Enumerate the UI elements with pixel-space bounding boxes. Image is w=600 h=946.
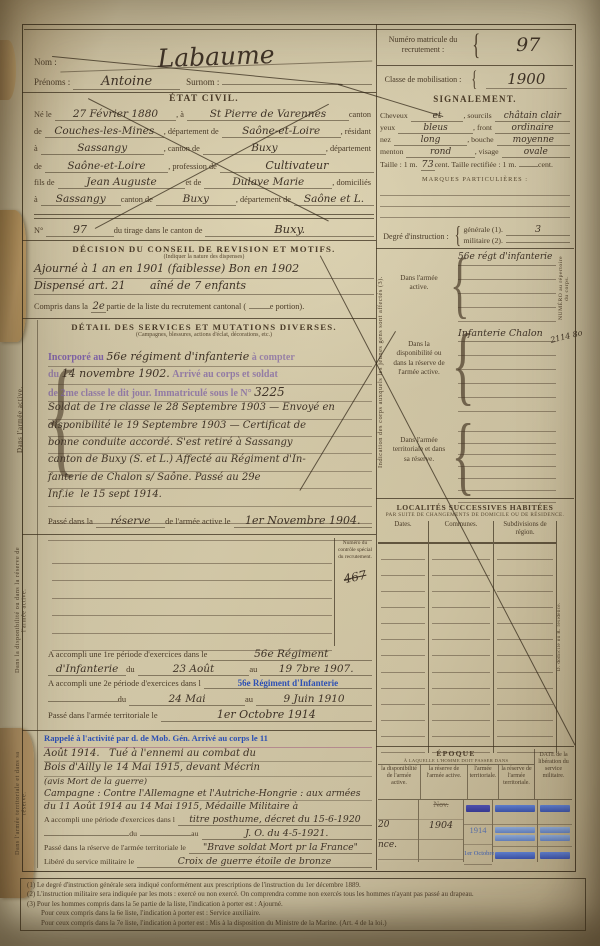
footnote-2: (2) L'instruction militaire sera indiqué… <box>27 890 579 899</box>
rule-line <box>458 384 556 398</box>
footnote-4: Pour ceux compris dans la 6e liste, l'in… <box>27 909 579 918</box>
left-col-rule-3 <box>22 534 376 535</box>
periode1-regiment: 56e Régiment <box>210 648 372 661</box>
number-label: N° <box>34 226 46 235</box>
rule-line <box>381 640 425 656</box>
born-label: Né le <box>34 110 55 119</box>
epoque-1er-octobre: 1er Octobre <box>464 845 492 865</box>
at-label: à <box>34 144 41 153</box>
epoque-overflow-20: 20 <box>378 820 418 840</box>
a-compter-stamp-text: à compter <box>252 352 295 363</box>
eyes-label: yeux <box>380 123 398 132</box>
corps-g3-lines <box>458 420 556 503</box>
rule-line <box>458 280 556 294</box>
passe-label: Passé dans la <box>48 516 96 526</box>
periode2-end: 9 Juin 1910 <box>256 693 372 706</box>
rule-line <box>432 673 490 689</box>
rule-line <box>432 689 490 705</box>
liste-partie-value: 2e <box>91 301 106 313</box>
localites-communes-lines <box>429 544 493 753</box>
controle-header: Numéro du contrôle spécial du recrutemen… <box>335 538 375 562</box>
rule-line <box>432 544 490 560</box>
epoque-col4-header: la réserve de l'armée territoriale. <box>499 765 534 799</box>
corps-g1-label: Dans l'armée active. <box>390 274 448 293</box>
rule-line <box>52 616 332 634</box>
departement-label: , département de <box>164 127 222 136</box>
rule-line <box>497 689 553 705</box>
portion-label: e portion). <box>270 302 308 311</box>
croix-de-guerre-line: Croix de guerre étoile de bronze <box>137 856 372 868</box>
rule-line <box>497 721 553 737</box>
blue-stamp <box>540 835 570 841</box>
rule-line <box>497 705 553 721</box>
territoriale-transfer-date: 1er Octobre 1914 <box>161 708 372 722</box>
footnotes-box: (1) Le degré d'instruction générale sera… <box>20 878 586 931</box>
son-of-label: fils de <box>34 178 58 187</box>
epoque-col2-header: la réserve de l'armée active. <box>421 765 468 799</box>
incorporation-date: 14 novembre 1902. <box>62 367 170 380</box>
mouth-value: moyenne <box>497 135 570 146</box>
rule-line <box>458 266 556 280</box>
rule-line <box>497 544 553 560</box>
periode2-label: A accompli une 2e période d'exercices da… <box>48 678 204 688</box>
nose-value: long <box>394 135 467 146</box>
residence-departement: Saône-et-Loire <box>45 160 168 173</box>
epoque-cell-stamped <box>538 805 572 825</box>
rule-line <box>432 705 490 721</box>
surname-value-blank <box>222 84 372 85</box>
blue-stamp <box>540 852 570 859</box>
rule-line <box>458 467 556 479</box>
eyebrows-value: châtain clair <box>495 111 570 122</box>
corps-g2-value: Infanterie Chalon <box>458 328 556 342</box>
eyes-value: bleus <box>398 123 473 134</box>
face-label: , visage <box>475 147 502 156</box>
canton-label: canton <box>349 110 374 119</box>
au-label: au <box>249 664 260 674</box>
eyebrows-label: , sourcils <box>463 111 494 120</box>
blue-stamp <box>495 835 535 841</box>
epoque-nov: Nov. <box>419 800 463 820</box>
decision-section: DÉCISION DU CONSEIL DE REVISION ET MOTIF… <box>34 244 374 315</box>
rule-line <box>380 207 570 218</box>
au-label: au <box>245 694 256 704</box>
rule-line <box>381 673 425 689</box>
rule-line <box>458 455 556 467</box>
birth-place: St Pierre de Varennes <box>187 108 349 121</box>
rule-line <box>497 560 553 576</box>
exercice-blank-2 <box>140 835 191 836</box>
territoriale-section: Rappelé à l'activité par d. de Mob. Gén.… <box>44 733 372 870</box>
blue-stamp <box>540 827 570 833</box>
territoriale-transfer-label: Passé dans l'armée territoriale le <box>48 710 161 720</box>
epoque-overflow-nce: nce. <box>378 840 418 860</box>
right-col-rule-2 <box>376 498 574 499</box>
epoque-col1-header: la disponibilité de l'armée active. <box>378 765 421 799</box>
rule-line <box>458 294 556 308</box>
epoque-cell-stamped <box>493 827 537 847</box>
services-hand-line: Soldat de 1re classe le 28 Septembre 190… <box>48 402 372 419</box>
controle-number: 467 <box>334 566 376 588</box>
epoque-1914: 1914 <box>464 825 492 845</box>
chin-label: menton <box>380 147 406 156</box>
rule-line <box>381 560 425 576</box>
periode-exercices-label: A accompli une période d'exercices dans … <box>44 815 178 824</box>
jo-reference: J. O. du 4-5-1921. <box>202 828 372 840</box>
epoque-table: ÉPOQUE À LAQUELLE L'HOMME DOIT PASSER DA… <box>378 749 572 867</box>
parents-departement: Saône et L. <box>294 193 374 206</box>
military-degree-label: militaire (2). <box>464 236 506 245</box>
rule-line <box>381 576 425 592</box>
localites-col-dates: Dates. <box>378 521 428 544</box>
blue-stamp <box>495 852 535 859</box>
incorporated-stamp-text: Incorporé au <box>48 352 104 363</box>
controle-box: Numéro du contrôle spécial du recrutemen… <box>334 538 375 646</box>
services-section: DÉTAIL DES SERVICES ET MUTATIONS DIVERSE… <box>34 322 374 338</box>
du-label: du <box>118 694 130 704</box>
hair-value: et <box>411 111 464 122</box>
epoque-cell-stamped <box>538 827 572 847</box>
periode2-start: 24 Mai <box>129 693 245 706</box>
epoque-1904: 1904 <box>419 820 463 840</box>
services-hand-line: Inf.ie le 15 sept 1914. <box>48 489 372 506</box>
of-label: de <box>34 162 45 171</box>
rule-line <box>380 185 570 196</box>
rule-line <box>381 689 425 705</box>
residence-commune: Sassangy <box>41 142 164 155</box>
rule-line <box>458 491 556 503</box>
reserve-date: 1er Novembre 1904. <box>234 514 372 528</box>
header-rule <box>22 92 376 93</box>
corps-group-armee-active: Dans l'armée active. { 56e régt d'infant… <box>390 252 556 322</box>
height-label: Taille : 1 m. <box>380 160 421 169</box>
epoque-title: ÉPOQUE <box>378 749 534 758</box>
services-subtitle: (Campagnes, blessures, actions d'éclat, … <box>34 332 374 338</box>
regiment-value: 56e régiment d'infanterie <box>106 350 249 363</box>
blue-stamp <box>495 827 535 833</box>
rule-line <box>432 624 490 640</box>
periodes-section: A accompli une 1re période d'exercices d… <box>48 648 372 724</box>
firstname-value: Antoine <box>73 74 180 90</box>
exercice-blank-1 <box>44 835 129 836</box>
corps-g2-label: Dans la disponibilité ou dans la réserve… <box>390 340 448 377</box>
epoque-cell-blank <box>378 800 418 820</box>
services-hand-line: disponibilité le 19 Septembre 1903 — Cer… <box>48 420 372 437</box>
parents-commune: Sassangy <box>41 193 121 206</box>
firstname-label: Prénoms : <box>34 77 73 87</box>
repertoire-label: NUMÉRO au répertoire du corps. <box>559 252 571 324</box>
right-col-rule-3 <box>376 746 574 747</box>
localites-dates-lines <box>378 544 428 753</box>
du-label: du <box>129 829 140 838</box>
rule-line <box>381 705 425 721</box>
rule-line <box>458 420 556 432</box>
matricule-value: 97 <box>483 34 573 56</box>
periode1-label: A accompli une 1re période d'exercices d… <box>48 649 210 659</box>
periode2-blank <box>48 701 118 702</box>
rule-line <box>52 564 332 582</box>
portion-blank <box>249 308 270 309</box>
rule-line <box>52 599 332 617</box>
height-value: 73 <box>421 159 435 171</box>
arrive-stamp-text: Arrivé au corps et soldat <box>172 369 278 380</box>
rule-line <box>458 370 556 384</box>
marks-lines <box>380 185 570 218</box>
localites-col-dr: D. domicile ou R. résidence. <box>557 521 572 753</box>
decision-title: DÉCISION DU CONSEIL DE REVISION ET MOTIF… <box>34 244 374 254</box>
rule-line <box>432 656 490 672</box>
general-degree-label: générale (1). <box>464 225 506 234</box>
localites-title: LOCALITÉS SUCCESSIVES HABITÉES <box>378 503 572 512</box>
campaign-line-1: Campagne : Contre l'Allemagne et l'Autri… <box>44 788 372 802</box>
services-title: DÉTAIL DES SERVICES ET MUTATIONS DIVERSE… <box>34 322 374 332</box>
classe-stamp-text: de 2me classe le dit jour. Immatriculé s… <box>48 388 252 399</box>
profession-value: Cultivateur <box>220 159 374 173</box>
general-degree-value: 3 <box>506 224 570 236</box>
classe-brace: { <box>471 66 477 93</box>
services-hand-line: fanterie de Chalon s/ Saône. Passé au 29… <box>48 472 372 489</box>
parents-canton: Buxy <box>156 193 236 206</box>
blue-stamp <box>540 805 570 812</box>
tirage-label: du tirage dans le canton de <box>114 226 206 235</box>
footnote-1: (1) Le degré d'instruction générale sera… <box>27 881 579 890</box>
tirage-number: 97 <box>46 223 113 237</box>
decision-line-1: Ajourné à 1 an en 1901 (faiblesse) Bon e… <box>34 262 374 279</box>
footnote-5: Pour ceux compris dans la 7e liste, l'in… <box>27 919 579 928</box>
reserve-territoriale-label: Passé dans la réserve de l'armée territo… <box>44 843 189 852</box>
armee-active-label: de l'armée active le <box>165 516 233 526</box>
corps-group-disponibilite: Dans la disponibilité ou dans la réserve… <box>390 328 556 410</box>
decision-line-2: Dispensé art. 21 aîné de 7 enfants <box>34 279 374 295</box>
forehead-value: ordinaire <box>495 123 570 134</box>
rule-line <box>458 444 556 456</box>
blue-stamp <box>466 805 490 812</box>
chin-value: rond <box>406 147 474 158</box>
compris-label: Compris dans la <box>34 302 91 311</box>
medaille-line-1: titre posthume, décret du 15-6-1920 <box>178 814 372 826</box>
corps-g2-lines <box>458 342 556 412</box>
localites-col-subdivisions: Subdivisions de région. <box>494 521 556 544</box>
signalement-section: SIGNALEMENT. Cheveux et , sourcils châta… <box>380 94 570 248</box>
nose-label: nez <box>380 135 394 144</box>
cent-label: cent. <box>538 160 556 169</box>
rule-line <box>381 721 425 737</box>
hair-label: Cheveux <box>380 111 411 120</box>
rule-line <box>381 544 425 560</box>
killed-line-1: Août 1914. Tué à l'ennemi au combat du <box>44 748 372 763</box>
reserve-value: réserve <box>96 515 165 528</box>
name-label: Nom : <box>34 57 60 67</box>
etat-civil-title: ÉTAT CIVIL. <box>34 94 374 104</box>
domicilies-label: , domiciliés <box>332 178 374 187</box>
departement-label: , département <box>326 144 374 153</box>
periode1-regiment-2: d'Infanterie <box>48 663 126 676</box>
rule-line <box>381 656 425 672</box>
rule-line <box>52 546 332 564</box>
canton-of-label: , canton de <box>164 144 203 153</box>
killed-line-3: (avis Mort de la guerre) <box>44 777 372 788</box>
footnote-3: (3) Pour les hommes compris dans la 5e p… <box>27 900 579 909</box>
rule-line <box>432 608 490 624</box>
rule-line <box>497 576 553 592</box>
rappel-stamp-line: Rappelé à l'activité par d. de Mob. Gén.… <box>44 733 372 748</box>
birth-date: 27 Février 1880 <box>55 108 176 121</box>
localites-section: LOCALITÉS SUCCESSIVES HABITÉES PAR SUITE… <box>378 503 572 753</box>
campaign-line-2: du 11 Août 1914 au 14 Mai 1915, Médaille… <box>44 801 372 814</box>
epoque-date-header: DATE de la libération du service militai… <box>534 749 572 800</box>
classe-value: 1900 <box>486 70 567 89</box>
localites-subtitle: PAR SUITE DE CHANGEMENTS DE DOMICILE OU … <box>378 512 572 518</box>
face-value: ovale <box>502 147 570 158</box>
epoque-cell-blank <box>419 840 463 860</box>
mother-name: Dulave Marie <box>204 176 332 189</box>
instruction-label: Degré d'instruction : <box>380 232 452 241</box>
height-rect-blank <box>519 166 538 167</box>
tirage-canton: Buxy. <box>205 222 374 237</box>
left-col-rule-1 <box>22 240 376 241</box>
father-name: Jean Auguste <box>58 176 186 189</box>
blue-stamp <box>495 805 535 812</box>
citation-line: "Brave soldat Mort pr la France" <box>189 842 372 854</box>
rule-line <box>458 342 556 356</box>
matricule-label: Numéro matricule du recrutement : <box>377 35 469 54</box>
periode2-regiment-stamp: 56e Régiment d'Infanterie <box>204 678 372 689</box>
classe-label: Classe de mobilisation : <box>377 75 469 85</box>
rule-line <box>381 608 425 624</box>
corps-g3-label: Dans l'armée territoriale et dans sa rés… <box>390 436 448 464</box>
rule-line <box>458 356 556 370</box>
rule-line <box>497 656 553 672</box>
rule-line <box>381 592 425 608</box>
at-label: à <box>34 195 41 204</box>
du-label: du <box>126 664 138 674</box>
forehead-label: , front <box>473 123 495 132</box>
rule-line <box>52 581 332 599</box>
military-degree-blank <box>506 242 570 243</box>
epoque-cell-stamped <box>538 852 572 872</box>
corps-g1-value: 56e régt d'infanterie <box>458 252 556 266</box>
rule-line <box>458 432 556 444</box>
matricule-box: Numéro matricule du recrutement : { 97 C… <box>377 25 573 93</box>
liberation-label: Libéré du service militaire le <box>44 857 137 866</box>
epoque-cell-stamped <box>464 805 492 825</box>
rule-line <box>432 576 490 592</box>
epoque-col3-header: l'armée territoriale. <box>468 765 499 799</box>
epoque-subtitle: À LAQUELLE L'HOMME DOIT PASSER DANS <box>378 758 534 765</box>
du-stamp-text: du <box>48 369 59 380</box>
left-col-rule-4 <box>22 730 376 731</box>
at-label: , à <box>176 110 187 119</box>
disponibilite-blank-lines <box>52 546 332 651</box>
rule-line <box>380 196 570 207</box>
residant-label: , résidant <box>341 127 374 136</box>
rule-line <box>432 640 490 656</box>
rule-line <box>381 624 425 640</box>
epoque-cell-stamped <box>493 852 537 872</box>
matricule-brace: { <box>472 25 480 65</box>
mouth-label: , bouche <box>467 135 496 144</box>
services-text: Incorporé au 56e régiment d'infanterie à… <box>48 350 372 541</box>
signalement-title: SIGNALEMENT. <box>380 94 570 104</box>
rule-line <box>432 721 490 737</box>
birth-departement: Saône-et-Loire <box>222 125 341 138</box>
periode1-end: 19 7bre 1907. <box>260 663 372 676</box>
services-margin-label: Dans l'armée active. <box>17 360 28 480</box>
rule-line <box>432 592 490 608</box>
name-row: Nom : Labaume <box>34 48 372 67</box>
torn-paper-top-left <box>0 40 16 100</box>
rule-line <box>497 592 553 608</box>
height-rect-label: cent. Taille rectifiée : 1 m. <box>435 160 520 169</box>
surname-label: Surnom : <box>180 77 222 87</box>
left-col-rule-2 <box>22 318 376 319</box>
rule-line <box>458 479 556 491</box>
reserve-transfer-row: Passé dans la réserve de l'armée active … <box>48 514 372 529</box>
disponibilite-margin-label: Dans la disponibilité ou dans la réserve… <box>15 545 29 675</box>
epoque-cell-stamped <box>493 805 537 825</box>
corps-group-territoriale: Dans l'armée territoriale et dans sa rés… <box>390 418 556 498</box>
periode1-start: 23 Août <box>138 663 250 676</box>
rule-line <box>497 624 553 640</box>
corps-g1-lines <box>458 266 556 322</box>
of-label: de <box>34 127 45 136</box>
killed-line-2: Bois d'Ailly le 14 Mai 1915, devant Mécr… <box>44 762 372 777</box>
margin-divider-left <box>37 320 38 868</box>
right-col-rule-1 <box>376 248 574 249</box>
residence-canton: Buxy <box>203 142 326 155</box>
au-label: au <box>191 829 201 838</box>
compris-label-2: partie de la liste du recrutement canton… <box>106 302 249 311</box>
services-hand-line: canton de Buxy (S. et L.) Affecté au Rég… <box>48 454 372 471</box>
matricule-corps-number: 3225 <box>254 385 285 399</box>
marks-label: MARQUES PARTICULIÈRES : <box>380 176 570 183</box>
military-register-scan: Nom : Labaume Prénoms : Antoine Surnom :… <box>0 0 600 946</box>
territoriale-margin-label: Dans l'armée territoriale et dans sa rés… <box>15 748 29 858</box>
